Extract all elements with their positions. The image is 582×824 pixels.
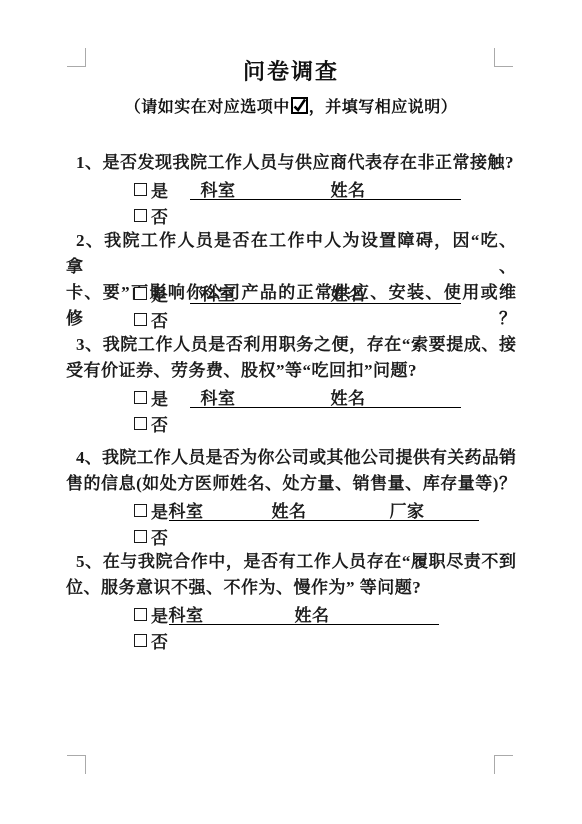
name-label: 姓名 bbox=[331, 176, 366, 201]
question-5-text-line2: 位、服务意识不强、不作为、慢作为” 等问题? bbox=[66, 575, 516, 601]
checkbox-no-icon[interactable] bbox=[134, 417, 147, 430]
yes-label: 是 bbox=[151, 281, 169, 306]
no-label: 否 bbox=[151, 524, 169, 549]
yes-label: 是 bbox=[151, 602, 169, 627]
fill-in-blank[interactable]: 科室 姓名 bbox=[190, 282, 461, 304]
department-label: 科室 bbox=[169, 497, 272, 522]
question-1-text: 1、是否发现我院工作人员与供应商代表存在非正常接触? bbox=[66, 150, 516, 176]
checkbox-no-icon[interactable] bbox=[134, 530, 147, 543]
question-3: 3、我院工作人员是否利用职务之便，存在“索要提成、接 受有价证券、劳务费、股权”… bbox=[66, 332, 516, 384]
checkbox-yes-icon[interactable] bbox=[134, 287, 147, 300]
checkbox-yes-icon[interactable] bbox=[134, 608, 147, 621]
question-4: 4、我院工作人员是否为你公司或其他公司提供有关药品销 售的信息(如处方医师姓名、… bbox=[66, 445, 516, 497]
question-2-yes-row: 是 科室 姓名 bbox=[134, 280, 461, 306]
yes-label: 是 bbox=[151, 498, 169, 523]
yes-label: 是 bbox=[151, 177, 169, 202]
name-label: 姓名 bbox=[331, 384, 366, 409]
fill-in-blank[interactable]: 科室 姓名 厂家 bbox=[169, 499, 479, 521]
question-5-no-row: 否 bbox=[134, 627, 169, 653]
name-label: 姓名 bbox=[295, 601, 330, 626]
department-label: 科室 bbox=[169, 601, 295, 626]
margin-mark-bottom-right-icon bbox=[494, 755, 513, 774]
no-label: 否 bbox=[151, 628, 169, 653]
checked-checkbox-icon bbox=[291, 97, 308, 114]
subtitle-text-suffix: ，并填写相应说明） bbox=[309, 99, 458, 116]
checkbox-no-icon[interactable] bbox=[134, 634, 147, 647]
page-title: 问卷调查 bbox=[0, 58, 582, 86]
subtitle-text-prefix: （请如实在对应选项中 bbox=[125, 99, 290, 116]
fill-in-blank[interactable]: 科室 姓名 bbox=[169, 603, 439, 625]
fill-in-blank[interactable]: 科室 姓名 bbox=[190, 386, 461, 408]
questionnaire-page: 问卷调查 （请如实在对应选项中，并填写相应说明） 1、是否发现我院工作人员与供应… bbox=[0, 0, 582, 824]
question-4-text-line2: 售的信息(如处方医师姓名、处方量、销售量、库存量等)？ bbox=[66, 471, 516, 497]
department-label: 科室 bbox=[201, 384, 331, 409]
question-1-no-row: 否 bbox=[134, 202, 169, 228]
checkbox-yes-icon[interactable] bbox=[134, 504, 147, 517]
question-2-no-row: 否 bbox=[134, 306, 169, 332]
question-4-text-line1: 4、我院工作人员是否为你公司或其他公司提供有关药品销 bbox=[66, 445, 516, 471]
manufacturer-label: 厂家 bbox=[390, 497, 425, 522]
question-3-yes-row: 是 科室 姓名 bbox=[134, 384, 461, 410]
margin-mark-bottom-left-icon bbox=[67, 755, 86, 774]
name-label: 姓名 bbox=[272, 497, 390, 522]
question-4-no-row: 否 bbox=[134, 523, 169, 549]
question-1: 1、是否发现我院工作人员与供应商代表存在非正常接触? bbox=[66, 150, 516, 176]
question-1-yes-row: 是 科室 姓名 bbox=[134, 176, 461, 202]
checkbox-yes-icon[interactable] bbox=[134, 391, 147, 404]
department-label: 科室 bbox=[201, 176, 331, 201]
yes-label: 是 bbox=[151, 385, 169, 410]
question-3-text-line1: 3、我院工作人员是否利用职务之便，存在“索要提成、接 bbox=[66, 332, 516, 358]
question-2-text-line1: 2、我院工作人员是否在工作中人为设置障碍，因“吃、拿、 bbox=[66, 228, 516, 280]
subtitle: （请如实在对应选项中，并填写相应说明） bbox=[0, 96, 582, 120]
no-label: 否 bbox=[151, 411, 169, 436]
checkbox-no-icon[interactable] bbox=[134, 209, 147, 222]
question-5: 5、在与我院合作中，是否有工作人员存在“履职尽责不到 位、服务意识不强、不作为、… bbox=[66, 549, 516, 601]
question-5-yes-row: 是 科室 姓名 bbox=[134, 601, 439, 627]
no-label: 否 bbox=[151, 307, 169, 332]
name-label: 姓名 bbox=[331, 280, 366, 305]
checkbox-yes-icon[interactable] bbox=[134, 183, 147, 196]
fill-in-blank[interactable]: 科室 姓名 bbox=[190, 178, 461, 200]
checkbox-no-icon[interactable] bbox=[134, 313, 147, 326]
question-3-text-line2: 受有价证券、劳务费、股权”等“吃回扣”问题? bbox=[66, 358, 516, 384]
department-label: 科室 bbox=[201, 280, 331, 305]
question-5-text-line1: 5、在与我院合作中，是否有工作人员存在“履职尽责不到 bbox=[66, 549, 516, 575]
question-3-no-row: 否 bbox=[134, 410, 169, 436]
no-label: 否 bbox=[151, 203, 169, 228]
question-4-yes-row: 是 科室 姓名 厂家 bbox=[134, 497, 479, 523]
